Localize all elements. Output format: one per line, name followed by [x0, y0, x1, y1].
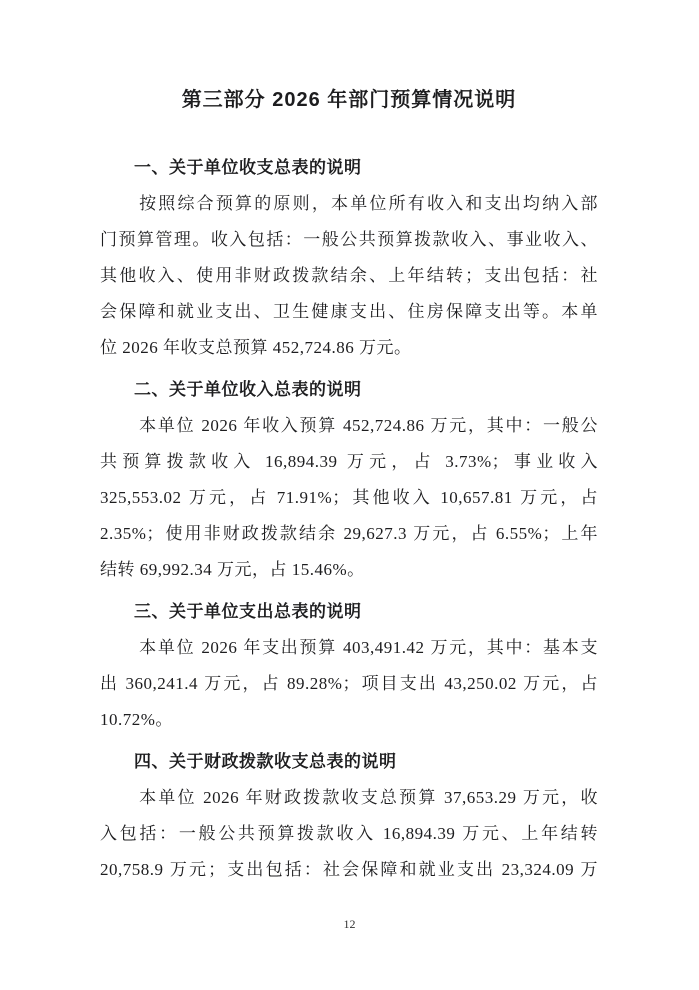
text-line: 门预算管理。收入包括：一般公共预算拨款收入、事业收入、 — [100, 222, 598, 258]
section-heading: 二、关于单位收入总表的说明 — [100, 372, 598, 408]
page-title: 第三部分 2026 年部门预算情况说明 — [100, 84, 598, 116]
text-line: 本单位 2026 年支出预算 403,491.42 万元，其中：基本支 — [100, 630, 598, 666]
text-line: 20,758.9 万元；支出包括：社会保障和就业支出 23,324.09 万 — [100, 852, 598, 888]
page-number: 12 — [0, 917, 699, 932]
paragraph: 本单位 2026 年财政拨款收支总预算 37,653.29 万元，收入包括：一般… — [100, 780, 598, 888]
text-line: 位 2026 年收支总预算 452,724.86 万元。 — [100, 330, 598, 366]
document-content: 第三部分 2026 年部门预算情况说明 一、关于单位收支总表的说明按照综合预算的… — [100, 0, 598, 888]
text-line: 结转 69,992.34 万元，占 15.46%。 — [100, 552, 598, 588]
sections: 一、关于单位收支总表的说明按照综合预算的原则，本单位所有收入和支出均纳入部门预算… — [100, 150, 598, 888]
text-line: 2.35%；使用非财政拨款结余 29,627.3 万元，占 6.55%；上年 — [100, 516, 598, 552]
section-heading: 一、关于单位收支总表的说明 — [100, 150, 598, 186]
text-line: 出 360,241.4 万元，占 89.28%；项目支出 43,250.02 万… — [100, 666, 598, 702]
paragraph: 本单位 2026 年支出预算 403,491.42 万元，其中：基本支出 360… — [100, 630, 598, 738]
text-line: 本单位 2026 年收入预算 452,724.86 万元，其中：一般公 — [100, 408, 598, 444]
text-line: 按照综合预算的原则，本单位所有收入和支出均纳入部 — [100, 186, 598, 222]
text-line: 325,553.02 万元，占 71.91%；其他收入 10,657.81 万元… — [100, 480, 598, 516]
section-heading: 四、关于财政拨款收支总表的说明 — [100, 744, 598, 780]
section-heading: 三、关于单位支出总表的说明 — [100, 594, 598, 630]
text-line: 入包括：一般公共预算拨款收入 16,894.39 万元、上年结转 — [100, 816, 598, 852]
text-line: 会保障和就业支出、卫生健康支出、住房保障支出等。本单 — [100, 294, 598, 330]
text-line: 共预算拨款收入 16,894.39 万元，占 3.73%；事业收入 — [100, 444, 598, 480]
text-line: 其他收入、使用非财政拨款结余、上年结转；支出包括：社 — [100, 258, 598, 294]
document-page: 第三部分 2026 年部门预算情况说明 一、关于单位收支总表的说明按照综合预算的… — [0, 0, 699, 990]
text-line: 10.72%。 — [100, 702, 598, 738]
paragraph: 本单位 2026 年收入预算 452,724.86 万元，其中：一般公共预算拨款… — [100, 408, 598, 588]
paragraph: 按照综合预算的原则，本单位所有收入和支出均纳入部门预算管理。收入包括：一般公共预… — [100, 186, 598, 366]
text-line: 本单位 2026 年财政拨款收支总预算 37,653.29 万元，收 — [100, 780, 598, 816]
